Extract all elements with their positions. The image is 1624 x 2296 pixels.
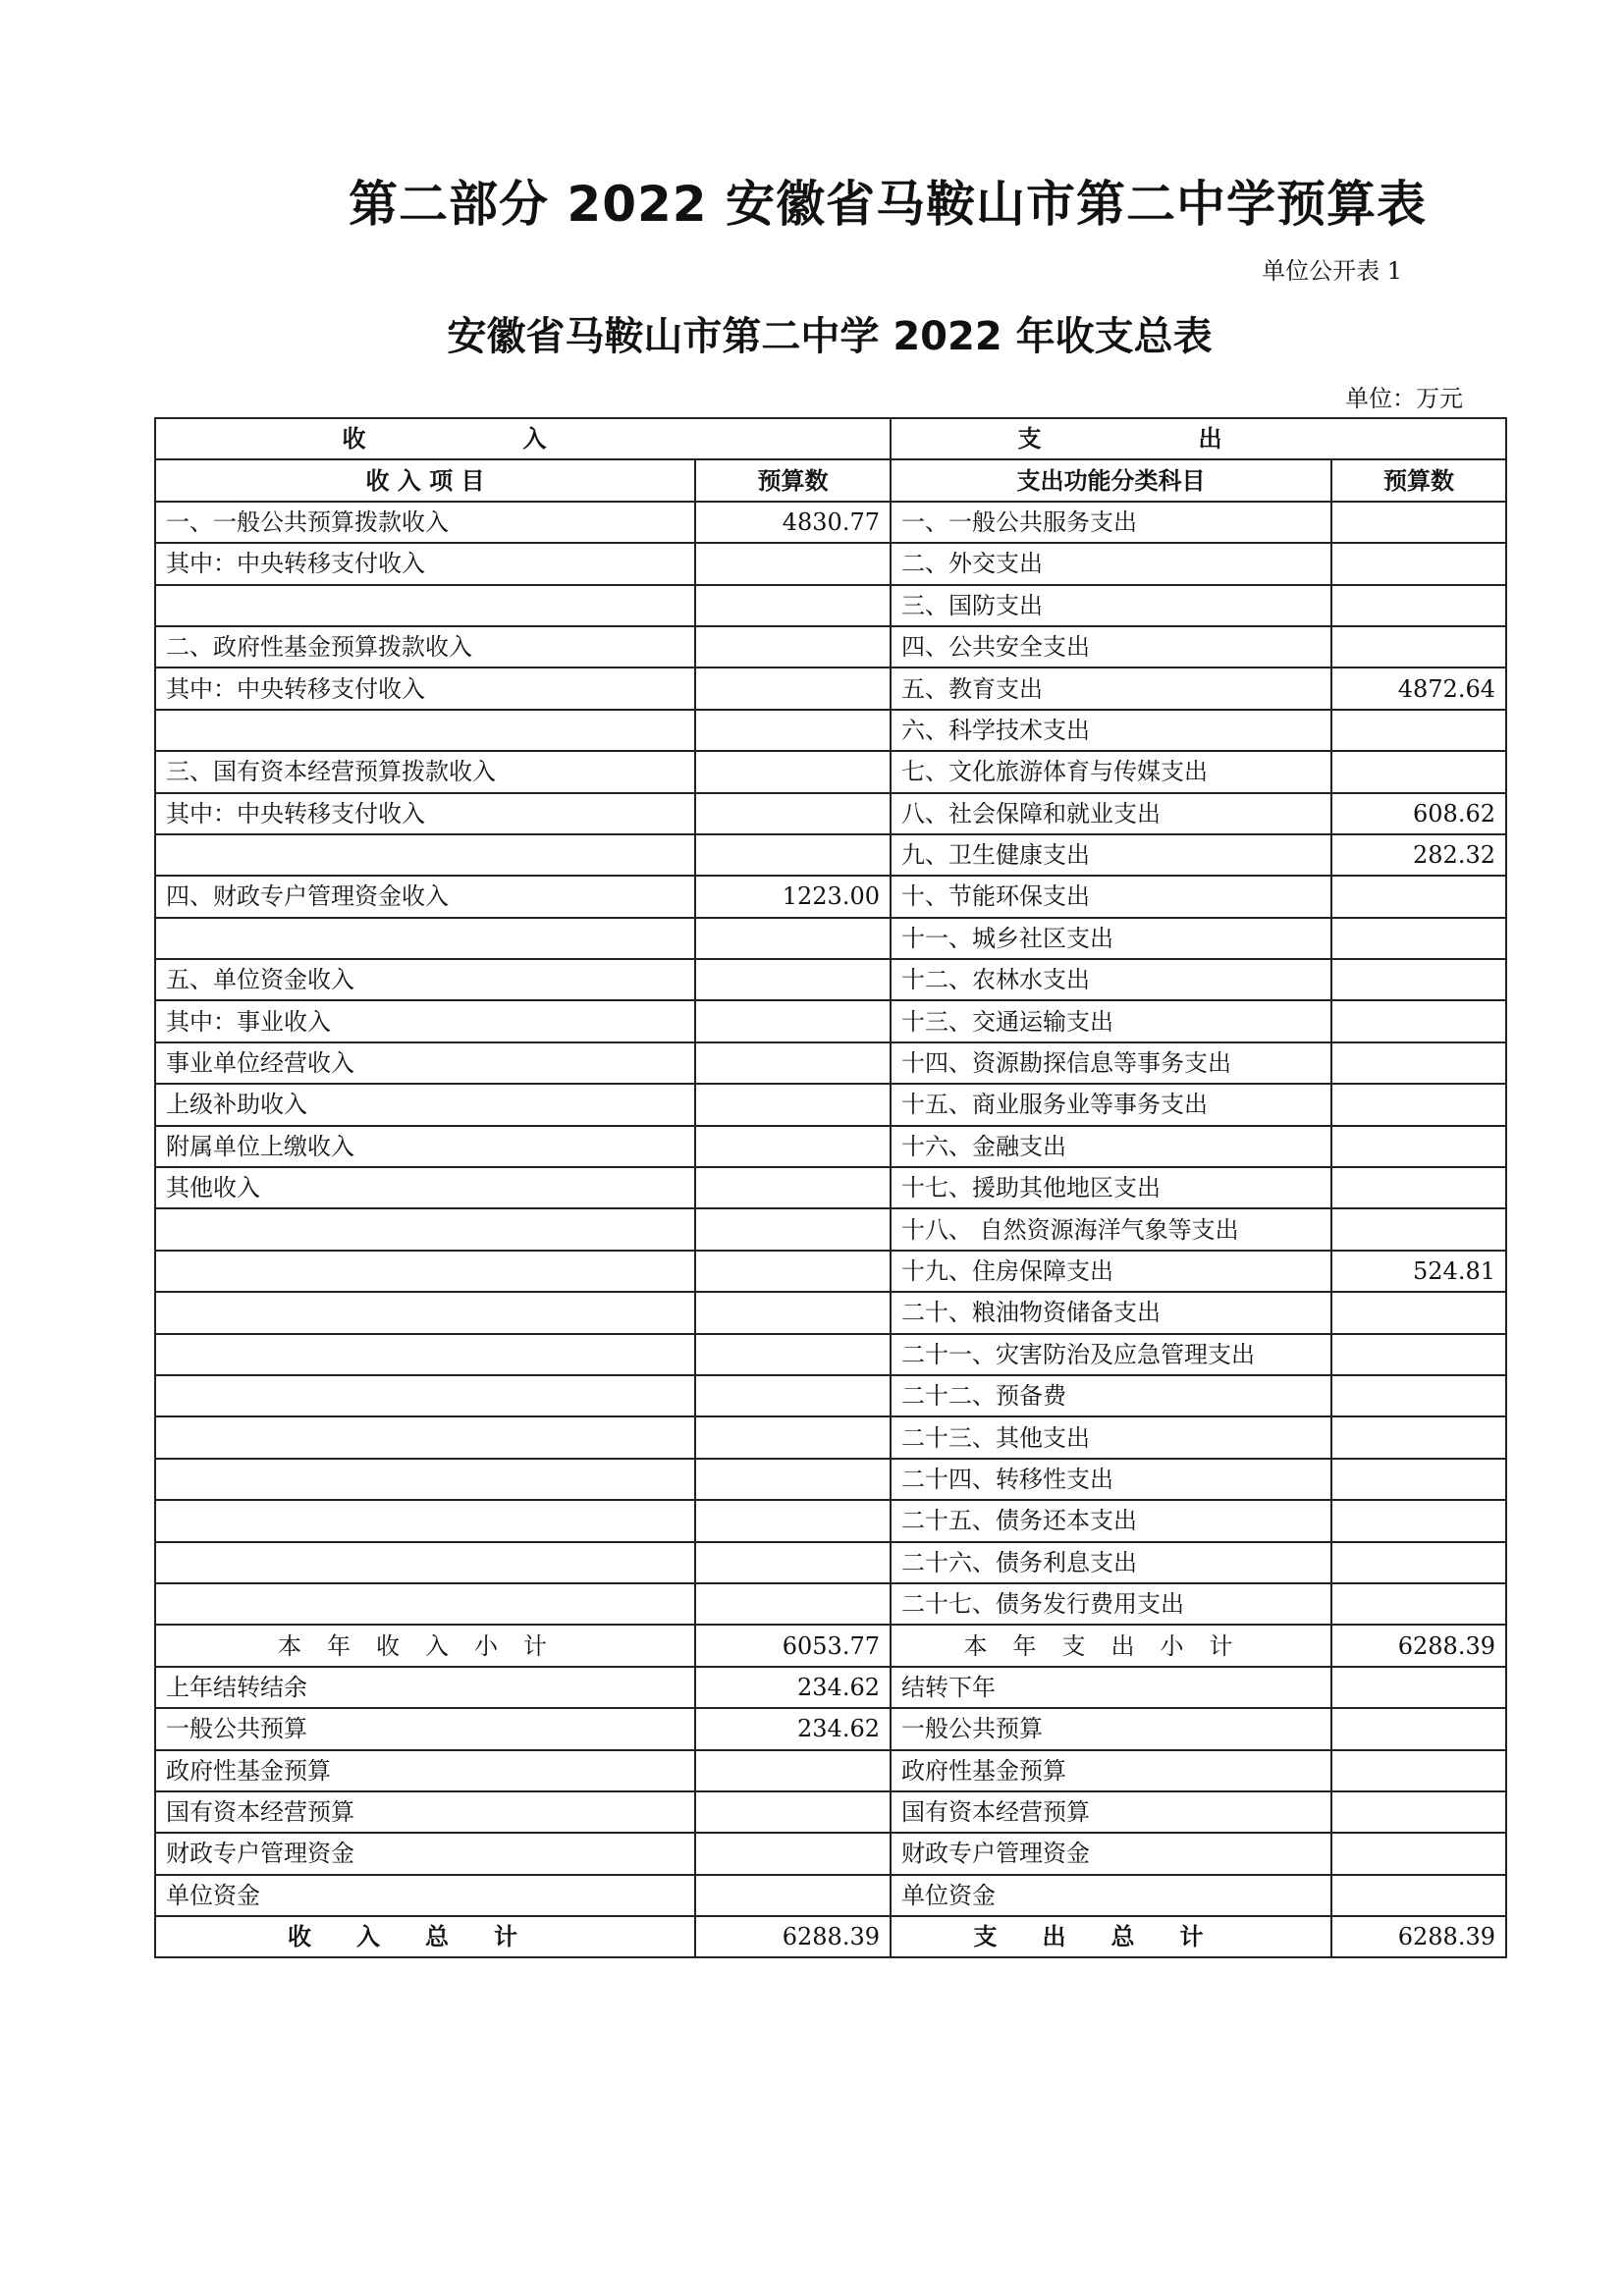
expenditure-item-header: 支出功能分类科目 [891,459,1331,501]
table-row: 十一、城乡社区支出 [155,918,1506,959]
table-row: 二十一、灾害防治及应急管理支出 [155,1334,1506,1375]
table-row: 三、国防支出 [155,585,1506,626]
expenditure-item: 四、公共安全支出 [891,626,1331,667]
income-item [155,710,695,751]
income-value [695,1126,891,1167]
income-item [155,1583,695,1625]
income-item: 附属单位上缴收入 [155,1126,695,1167]
income-item: 上级补助收入 [155,1084,695,1125]
income-item [155,1292,695,1333]
table-row: 其中：中央转移支付收入八、社会保障和就业支出608.62 [155,793,1506,834]
expenditure-value [1331,1459,1506,1500]
expenditure-item: 十八、 自然资源海洋气象等支出 [891,1208,1331,1250]
table-row: 二十六、债务利息支出 [155,1542,1506,1583]
income-item [155,585,695,626]
expenditure-value: 282.32 [1331,834,1506,876]
income-subtotal-label: 本年收入小计 [155,1625,695,1666]
income-value [695,710,891,751]
income-value [695,1833,891,1874]
expenditure-item: 十一、城乡社区支出 [891,918,1331,959]
table-row: 六、科学技术支出 [155,710,1506,751]
income-item: 其中：事业收入 [155,1000,695,1041]
expenditure-value: 608.62 [1331,793,1506,834]
income-value [695,1750,891,1791]
table-row: 其中：中央转移支付收入二、外交支出 [155,543,1506,584]
expenditure-value [1331,1791,1506,1833]
income-item: 其中：中央转移支付收入 [155,543,695,584]
income-value [695,585,891,626]
expenditure-value [1331,1334,1506,1375]
expenditure-item: 十六、金融支出 [891,1126,1331,1167]
expenditure-subtotal-value: 6288.39 [1331,1625,1506,1666]
expenditure-item: 财政专户管理资金 [891,1833,1331,1874]
table-row: 其他收入十七、援助其他地区支出 [155,1167,1506,1208]
total-row: 收入总计 6288.39 支出总计 6288.39 [155,1916,1506,1957]
income-value: 234.62 [695,1708,891,1749]
expenditure-item: 二十四、转移性支出 [891,1459,1331,1500]
expenditure-value [1331,1292,1506,1333]
income-value [695,918,891,959]
income-item [155,918,695,959]
table-row: 二十四、转移性支出 [155,1459,1506,1500]
expenditure-value [1331,543,1506,584]
expenditure-item: 二十二、预备费 [891,1375,1331,1416]
table-row: 其中：中央转移支付收入五、教育支出4872.64 [155,667,1506,709]
expenditure-value [1331,1375,1506,1416]
income-total-label: 收入总计 [155,1916,695,1957]
income-subtotal-value: 6053.77 [695,1625,891,1666]
expenditure-value [1331,1208,1506,1250]
expenditure-item: 二十三、其他支出 [891,1416,1331,1458]
expenditure-total-label: 支出总计 [891,1916,1331,1957]
expenditure-item: 二十六、债务利息支出 [891,1542,1331,1583]
carry-row: 单位资金 单位资金 [155,1875,1506,1916]
table-row: 上级补助收入十五、商业服务业等事务支出 [155,1084,1506,1125]
income-value [695,1791,891,1833]
table-row: 二十、粮油物资储备支出 [155,1292,1506,1333]
income-value: 234.62 [695,1667,891,1708]
income-value [695,1416,891,1458]
income-item: 三、国有资本经营预算拨款收入 [155,751,695,792]
expenditure-item: 六、科学技术支出 [891,710,1331,751]
income-item [155,1208,695,1250]
table-row: 二十五、债务还本支出 [155,1500,1506,1541]
income-value [695,1334,891,1375]
expenditure-value [1331,876,1506,917]
expenditure-item: 十五、商业服务业等事务支出 [891,1084,1331,1125]
expenditure-item: 五、教育支出 [891,667,1331,709]
table-row: 四、财政专户管理资金收入1223.00十、节能环保支出 [155,876,1506,917]
income-item: 政府性基金预算 [155,1750,695,1791]
expenditure-item: 二、外交支出 [891,543,1331,584]
expenditure-value [1331,751,1506,792]
expenditure-item: 十四、资源勘探信息等事务支出 [891,1042,1331,1084]
expenditure-value [1331,1708,1506,1749]
income-item: 一般公共预算 [155,1708,695,1749]
income-value [695,751,891,792]
income-item: 四、财政专户管理资金收入 [155,876,695,917]
income-item: 国有资本经营预算 [155,1791,695,1833]
income-item: 一、一般公共预算拨款收入 [155,502,695,543]
income-value: 1223.00 [695,876,891,917]
table-row: 其中：事业收入十三、交通运输支出 [155,1000,1506,1041]
income-value [695,1292,891,1333]
income-value [695,1459,891,1500]
income-value [695,1500,891,1541]
expenditure-item: 三、国防支出 [891,585,1331,626]
expenditure-item: 二十七、债务发行费用支出 [891,1583,1331,1625]
income-item [155,1459,695,1500]
income-value [695,1000,891,1041]
expenditure-value [1331,1416,1506,1458]
table-body: 一、一般公共预算拨款收入4830.77一、一般公共服务支出其中：中央转移支付收入… [155,502,1506,1626]
expenditure-value [1331,1750,1506,1791]
expenditure-item: 国有资本经营预算 [891,1791,1331,1833]
expenditure-item: 结转下年 [891,1667,1331,1708]
income-item [155,1416,695,1458]
income-item: 二、政府性基金预算拨款收入 [155,626,695,667]
expenditure-group-header: 支出 [891,418,1506,459]
income-value [695,1208,891,1250]
expenditure-item: 九、卫生健康支出 [891,834,1331,876]
income-item-header: 收 入 项 目 [155,459,695,501]
expenditure-value [1331,1542,1506,1583]
income-budget-header: 预算数 [695,459,891,501]
income-value [695,1542,891,1583]
expenditure-total-value: 6288.39 [1331,1916,1506,1957]
income-item [155,1334,695,1375]
expenditure-item: 政府性基金预算 [891,1750,1331,1791]
income-value: 4830.77 [695,502,891,543]
expenditure-value [1331,1167,1506,1208]
income-item: 财政专户管理资金 [155,1833,695,1874]
expenditure-value [1331,1500,1506,1541]
carry-row: 国有资本经营预算 国有资本经营预算 [155,1791,1506,1833]
table-row: 九、卫生健康支出282.32 [155,834,1506,876]
budget-summary-table: 收入 支出 收 入 项 目 预算数 支出功能分类科目 预算数 一、一般公共预算拨… [154,417,1507,1958]
table-row: 一、一般公共预算拨款收入4830.77一、一般公共服务支出 [155,502,1506,543]
income-value [695,1875,891,1916]
income-item [155,1542,695,1583]
income-item: 五、单位资金收入 [155,959,695,1000]
expenditure-value [1331,1583,1506,1625]
income-value [695,1084,891,1125]
expenditure-value [1331,1000,1506,1041]
income-value [695,626,891,667]
expenditure-subtotal-label: 本年支出小计 [891,1625,1331,1666]
expenditure-value [1331,1126,1506,1167]
table-row: 十九、住房保障支出524.81 [155,1251,1506,1292]
expenditure-value [1331,502,1506,543]
expenditure-value [1331,1875,1506,1916]
table-row: 二十七、债务发行费用支出 [155,1583,1506,1625]
carry-row: 一般公共预算 234.62 一般公共预算 [155,1708,1506,1749]
expenditure-item: 二十、粮油物资储备支出 [891,1292,1331,1333]
income-value [695,1583,891,1625]
expenditure-item: 二十五、债务还本支出 [891,1500,1331,1541]
income-item: 其他收入 [155,1167,695,1208]
group-header-row: 收入 支出 [155,418,1506,459]
carry-row: 财政专户管理资金 财政专户管理资金 [155,1833,1506,1874]
expenditure-item: 十、节能环保支出 [891,876,1331,917]
table-title: 安徽省马鞍山市第二中学 2022 年收支总表 [0,310,1624,363]
subtotal-row: 本年收入小计 6053.77 本年支出小计 6288.39 [155,1625,1506,1666]
income-item [155,1251,695,1292]
income-item: 其中：中央转移支付收入 [155,667,695,709]
table-row: 五、单位资金收入十二、农林水支出 [155,959,1506,1000]
expenditure-item: 十七、援助其他地区支出 [891,1167,1331,1208]
income-item [155,1375,695,1416]
form-number: 单位公开表 1 [1262,255,1402,287]
expenditure-item: 单位资金 [891,1875,1331,1916]
expenditure-item: 八、社会保障和就业支出 [891,793,1331,834]
expenditure-value: 4872.64 [1331,667,1506,709]
table-footer: 本年收入小计 6053.77 本年支出小计 6288.39 上年结转结余 234… [155,1625,1506,1957]
income-item: 上年结转结余 [155,1667,695,1708]
expenditure-item: 二十一、灾害防治及应急管理支出 [891,1334,1331,1375]
income-value [695,959,891,1000]
income-value [695,834,891,876]
income-value [695,1375,891,1416]
income-value [695,1042,891,1084]
expenditure-item: 一、一般公共服务支出 [891,502,1331,543]
expenditure-value [1331,1084,1506,1125]
column-header-row: 收 入 项 目 预算数 支出功能分类科目 预算数 [155,459,1506,501]
income-value [695,793,891,834]
expenditure-value [1331,1833,1506,1874]
unit-label: 单位：万元 [1345,383,1463,414]
income-value [695,667,891,709]
expenditure-budget-header: 预算数 [1331,459,1506,501]
expenditure-value [1331,626,1506,667]
table-row: 二十二、预备费 [155,1375,1506,1416]
expenditure-item: 十二、农林水支出 [891,959,1331,1000]
table-row: 三、国有资本经营预算拨款收入七、文化旅游体育与传媒支出 [155,751,1506,792]
income-value [695,1251,891,1292]
table-row: 附属单位上缴收入十六、金融支出 [155,1126,1506,1167]
carry-row: 政府性基金预算 政府性基金预算 [155,1750,1506,1791]
table-row: 二、政府性基金预算拨款收入四、公共安全支出 [155,626,1506,667]
expenditure-value [1331,710,1506,751]
expenditure-value [1331,585,1506,626]
income-item: 事业单位经营收入 [155,1042,695,1084]
expenditure-item: 十九、住房保障支出 [891,1251,1331,1292]
income-value [695,543,891,584]
expenditure-item: 七、文化旅游体育与传媒支出 [891,751,1331,792]
table-row: 十八、 自然资源海洋气象等支出 [155,1208,1506,1250]
expenditure-item: 一般公共预算 [891,1708,1331,1749]
expenditure-value [1331,959,1506,1000]
expenditure-item: 十三、交通运输支出 [891,1000,1331,1041]
income-item [155,1500,695,1541]
income-group-header: 收入 [155,418,891,459]
document-main-title: 第二部分 2022 安徽省马鞍山市第二中学预算表 [349,173,1419,236]
carry-row: 上年结转结余 234.62 结转下年 [155,1667,1506,1708]
expenditure-value [1331,1042,1506,1084]
income-value [695,1167,891,1208]
expenditure-value [1331,1667,1506,1708]
income-item: 其中：中央转移支付收入 [155,793,695,834]
table-row: 事业单位经营收入十四、资源勘探信息等事务支出 [155,1042,1506,1084]
expenditure-value: 524.81 [1331,1251,1506,1292]
income-total-value: 6288.39 [695,1916,891,1957]
table-row: 二十三、其他支出 [155,1416,1506,1458]
income-item: 单位资金 [155,1875,695,1916]
expenditure-value [1331,918,1506,959]
income-item [155,834,695,876]
